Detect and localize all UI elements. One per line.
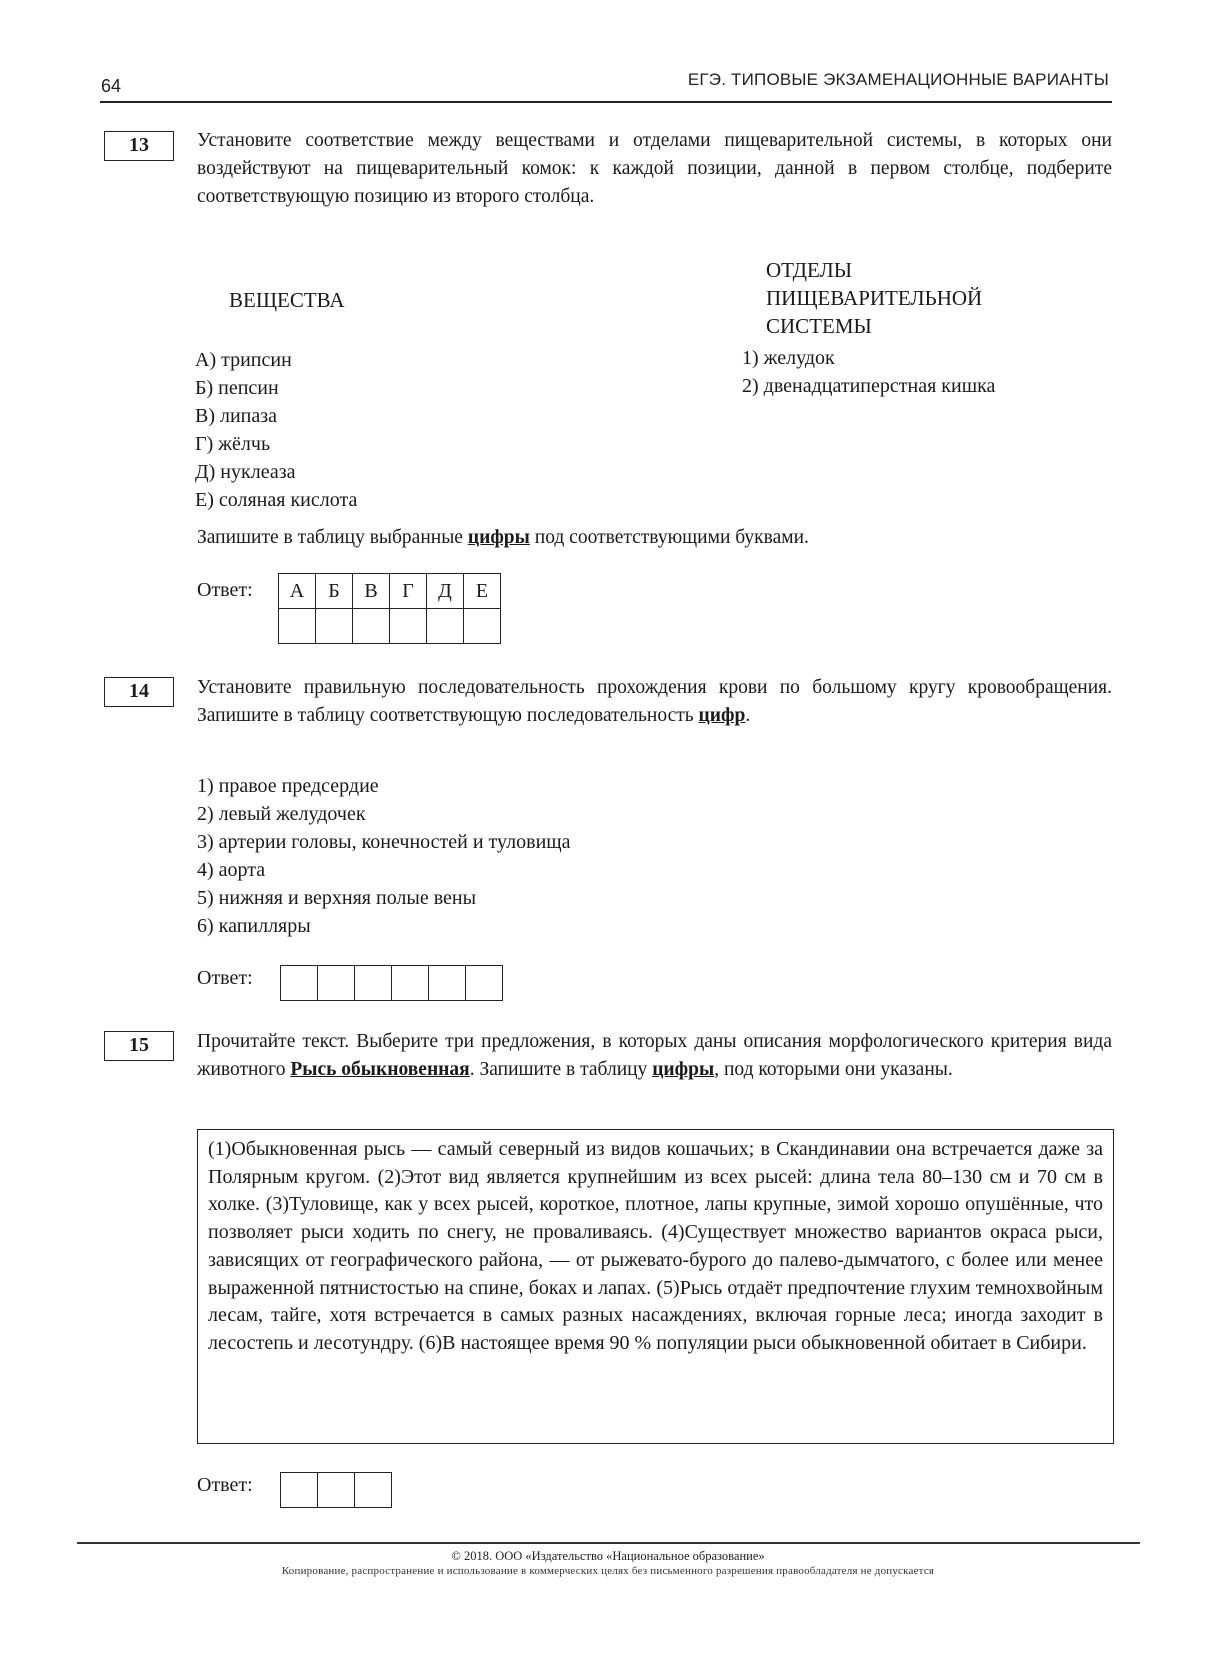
page-number: 64: [101, 76, 121, 97]
prompt-emphasis: цифры: [652, 1059, 714, 1080]
list-item: 3) артерии головы, конечностей и туловищ…: [197, 828, 571, 856]
answer-cell[interactable]: [281, 1473, 318, 1508]
list-item: 5) нижняя и верхняя полые вены: [197, 884, 571, 912]
footer-divider: [77, 1542, 1140, 1544]
answer-header-row: А Б В Г Д Е: [279, 574, 501, 609]
list-item: 1) правое предсердие: [197, 772, 571, 800]
answer-cell[interactable]: [281, 966, 318, 1001]
task-13-left-heading: ВЕЩЕСТВА: [229, 286, 345, 314]
answer-cell[interactable]: [429, 966, 466, 1001]
right-heading-line: ОТДЕЛЫ: [766, 256, 982, 284]
answer-cell[interactable]: [318, 966, 355, 1001]
answer-cell[interactable]: [464, 609, 501, 644]
list-item: Б) пепсин: [195, 374, 357, 402]
list-item: 1) желудок: [742, 344, 995, 372]
task-13-right-heading: ОТДЕЛЫ ПИЩЕВАРИТЕЛЬНОЙ СИСТЕМЫ: [766, 256, 982, 340]
task-13-substances-list: А) трипсин Б) пепсин В) липаза Г) жёлчь …: [195, 346, 357, 514]
task-13-answer-label: Ответ:: [197, 579, 253, 602]
answer-input-row: [279, 609, 501, 644]
instruction-emphasis: цифры: [468, 527, 530, 548]
task-13-number: 13: [104, 131, 174, 161]
right-heading-line: ПИЩЕВАРИТЕЛЬНОЙ: [766, 284, 982, 312]
task-14-answer-label: Ответ:: [197, 967, 253, 990]
answer-cell[interactable]: [279, 609, 316, 644]
task-15-text-box: (1)Обыкновенная рысь — самый северный из…: [197, 1129, 1114, 1444]
task-15-number: 15: [104, 1031, 174, 1061]
task-14-prompt: Установите правильную последовательность…: [197, 674, 1112, 730]
answer-cell[interactable]: [390, 609, 427, 644]
task-15-answer-label: Ответ:: [197, 1474, 253, 1497]
answer-column-header: Г: [390, 574, 427, 609]
task-14-answer-table: [280, 965, 503, 1001]
prompt-emphasis: Рысь обыкновенная: [290, 1059, 469, 1080]
prompt-text: . Запишите в таблицу: [470, 1059, 652, 1080]
answer-column-header: В: [353, 574, 390, 609]
answer-cell[interactable]: [355, 966, 392, 1001]
list-item: Г) жёлчь: [195, 430, 357, 458]
list-item: В) липаза: [195, 402, 357, 430]
list-item: Д) нуклеаза: [195, 458, 357, 486]
list-item: 2) двенадцатиперстная кишка: [742, 372, 995, 400]
running-header: ЕГЭ. ТИПОВЫЕ ЭКЗАМЕНАЦИОННЫЕ ВАРИАНТЫ: [688, 70, 1109, 90]
instruction-text: под соответствующими буквами.: [530, 527, 809, 548]
task-14-items-list: 1) правое предсердие 2) левый желудочек …: [197, 772, 571, 940]
prompt-text: , под которыми они указаны.: [714, 1059, 953, 1080]
prompt-text: .: [745, 705, 750, 726]
list-item: 2) левый желудочек: [197, 800, 571, 828]
task-13-prompt: Установите соответствие между веществами…: [197, 127, 1112, 211]
answer-cell[interactable]: [318, 1473, 355, 1508]
answer-column-header: Б: [316, 574, 353, 609]
answer-cell[interactable]: [392, 966, 429, 1001]
prompt-text: Установите правильную последовательность…: [197, 677, 1112, 726]
header-divider: [100, 101, 1112, 103]
instruction-text: Запишите в таблицу выбранные: [197, 527, 468, 548]
footer-notice: Копирование, распространение и использов…: [0, 1565, 1216, 1577]
answer-column-header: А: [279, 574, 316, 609]
list-item: Е) соляная кислота: [195, 486, 357, 514]
task-14-number: 14: [104, 677, 174, 707]
task-13-sections-list: 1) желудок 2) двенадцатиперстная кишка: [742, 344, 995, 400]
answer-cell[interactable]: [427, 609, 464, 644]
footer-copyright: © 2018. ООО «Издательство «Национальное …: [0, 1549, 1216, 1564]
list-item: 6) капилляры: [197, 912, 571, 940]
task-13-answer-table: А Б В Г Д Е: [278, 573, 501, 644]
answer-column-header: Д: [427, 574, 464, 609]
answer-cell[interactable]: [316, 609, 353, 644]
answer-column-header: Е: [464, 574, 501, 609]
list-item: 4) аорта: [197, 856, 571, 884]
task-15-answer-table: [280, 1472, 392, 1508]
list-item: А) трипсин: [195, 346, 357, 374]
right-heading-line: СИСТЕМЫ: [766, 312, 982, 340]
answer-input-row: [281, 966, 503, 1001]
answer-cell[interactable]: [353, 609, 390, 644]
answer-cell[interactable]: [466, 966, 503, 1001]
task-13-instruction: Запишите в таблицу выбранные цифры под с…: [197, 524, 1112, 552]
answer-input-row: [281, 1473, 392, 1508]
answer-cell[interactable]: [355, 1473, 392, 1508]
task-15-prompt: Прочитайте текст. Выберите три предложен…: [197, 1028, 1112, 1084]
prompt-emphasis: цифр: [699, 705, 746, 726]
